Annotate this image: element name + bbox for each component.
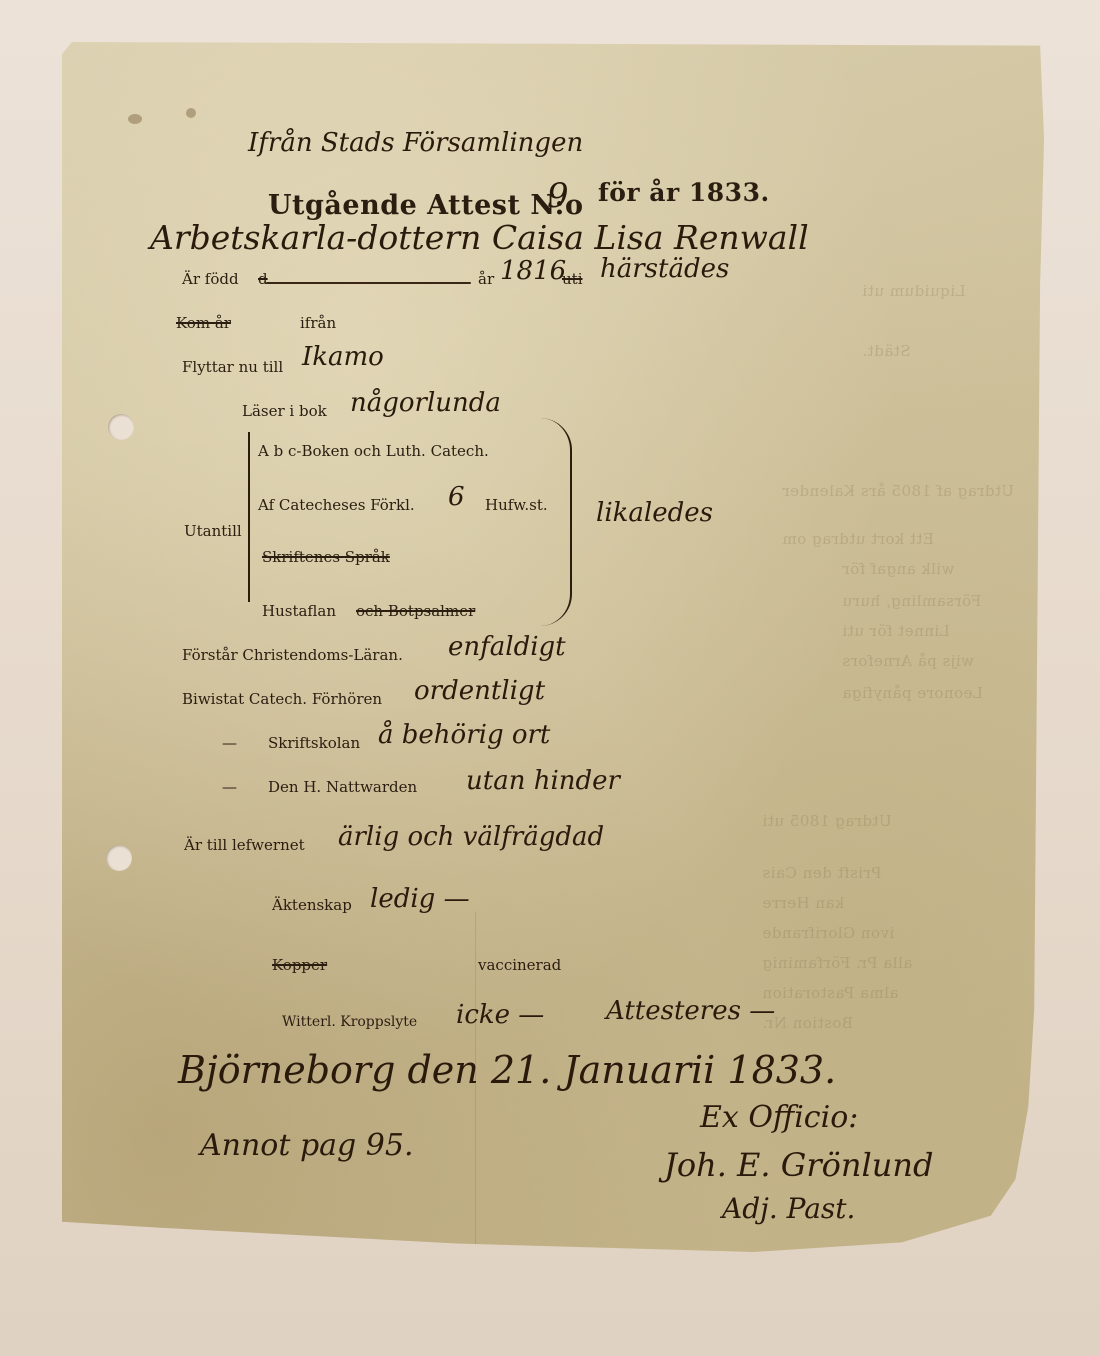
- pin-hole: [128, 114, 142, 124]
- understands-label: Förstår Christendoms-Läran.: [182, 646, 403, 664]
- pox-struck-label: Kopper: [272, 956, 327, 974]
- signature-title: Adj. Past.: [722, 1192, 855, 1225]
- by-heart-label: Utantill: [184, 522, 242, 540]
- communion-label: Den H. Nattwarden: [268, 778, 417, 796]
- came-from-struck-label: Kom år: [176, 314, 231, 332]
- scripture-school-value: å behörig ort: [378, 720, 550, 750]
- attended-value: ordentligt: [414, 676, 545, 706]
- signature-name: Joh. E. Grönlund: [664, 1146, 933, 1184]
- bleed-through-text: Bostion Nr.: [762, 1014, 853, 1032]
- bleed-through-text: alla Pr. Förfaminig: [762, 954, 912, 972]
- born-place: härstädes: [600, 254, 729, 284]
- by-heart-item-4-struck: och Botpsalmer: [356, 602, 475, 620]
- by-heart-item-2: Af Catecheses Förkl.: [258, 496, 415, 514]
- marriage-label: Äktenskap: [272, 896, 352, 914]
- bleed-through-text: Leonore pånyfiga: [842, 684, 983, 702]
- scripture-school-dash: —: [222, 734, 237, 752]
- bleed-through-text: alma Pastoration: [762, 984, 898, 1002]
- place-date: Björneborg den 21. Januarii 1833.: [178, 1048, 836, 1092]
- by-heart-item-2-count: 6: [448, 482, 465, 512]
- punch-hole-top: [108, 414, 134, 440]
- defects-value: icke —: [456, 1000, 544, 1030]
- came-from-label: ifrån: [300, 314, 336, 332]
- communion-dash: —: [222, 778, 237, 796]
- bleed-through-text: Utdrag 1805 uti: [762, 812, 892, 830]
- attested-note: Attesteres —: [606, 996, 775, 1026]
- parish-header: Ifrån Stads Församlingen: [248, 128, 583, 158]
- by-heart-item-1: A b c-Boken och Luth. Catech.: [258, 442, 489, 460]
- pin-hole: [186, 108, 196, 118]
- subject-name: Arbetskarla-dottern Caisa Lisa Renwall: [150, 218, 809, 257]
- bleed-through-text: Städt.: [862, 342, 911, 360]
- bleed-through-text: Ett kort utdrag om: [782, 530, 934, 548]
- bleed-through-text: ivon Glorifrande: [762, 924, 894, 942]
- by-heart-value: likaledes: [596, 498, 713, 528]
- born-year-label: år: [478, 270, 494, 288]
- fold-crease: [475, 912, 476, 1292]
- born-struck-prefix: d: [258, 270, 268, 288]
- scripture-school-label: Skriftskolan: [268, 734, 360, 752]
- reads-label: Läser i bok: [242, 402, 327, 420]
- bleed-through-text: Liquidum uti: [862, 282, 966, 300]
- conduct-value: ärlig och välfrägdad: [338, 822, 604, 852]
- reads-value: någorlunda: [350, 388, 501, 418]
- bleed-through-text: Utdrag af 1805 års Kalender: [782, 482, 1014, 500]
- blank-line: [266, 282, 471, 284]
- by-heart-item-2-suffix: Hufw.st.: [485, 496, 548, 514]
- moving-to-label: Flyttar nu till: [182, 358, 283, 376]
- signature-ex-officio: Ex Officio:: [700, 1100, 858, 1135]
- bleed-through-text: Församling, huru: [842, 592, 981, 610]
- by-heart-item-3-struck: Skriftenes Språk: [262, 548, 390, 566]
- moving-to-value: Ikamo: [302, 342, 384, 372]
- bleed-through-text: wijs på Arnefors: [842, 652, 974, 670]
- right-brace: [540, 418, 572, 626]
- certificate-number: 9: [547, 176, 569, 216]
- marriage-value: ledig —: [370, 884, 470, 914]
- born-year: 1816: [500, 256, 566, 286]
- by-heart-item-4: Hustaflan: [262, 602, 336, 620]
- conduct-label: Är till lefwernet: [184, 836, 305, 854]
- attended-label: Biwistat Catech. Förhören: [182, 690, 382, 708]
- vaccinated-label: vaccinerad: [478, 956, 561, 974]
- born-struck-suffix: uti: [562, 270, 583, 288]
- born-label: Är född: [182, 270, 239, 288]
- punch-hole-bottom: [106, 845, 132, 871]
- defects-label: Witterl. Kroppslyte: [282, 1014, 417, 1030]
- page-annotation: Annot pag 95.: [200, 1128, 414, 1163]
- certificate-title: Utgående Attest N:o: [268, 190, 584, 221]
- certificate-year: för år 1833.: [598, 178, 770, 207]
- left-brace: [248, 432, 258, 602]
- understands-value: enfaldigt: [448, 632, 566, 662]
- bleed-through-text: wilk angaf för: [842, 560, 955, 578]
- bleed-through-text: kan Herre: [762, 894, 844, 912]
- communion-value: utan hinder: [466, 766, 620, 796]
- bleed-through-text: Prisft den Cais: [762, 864, 881, 882]
- bleed-through-text: Linnet för uti: [842, 622, 950, 640]
